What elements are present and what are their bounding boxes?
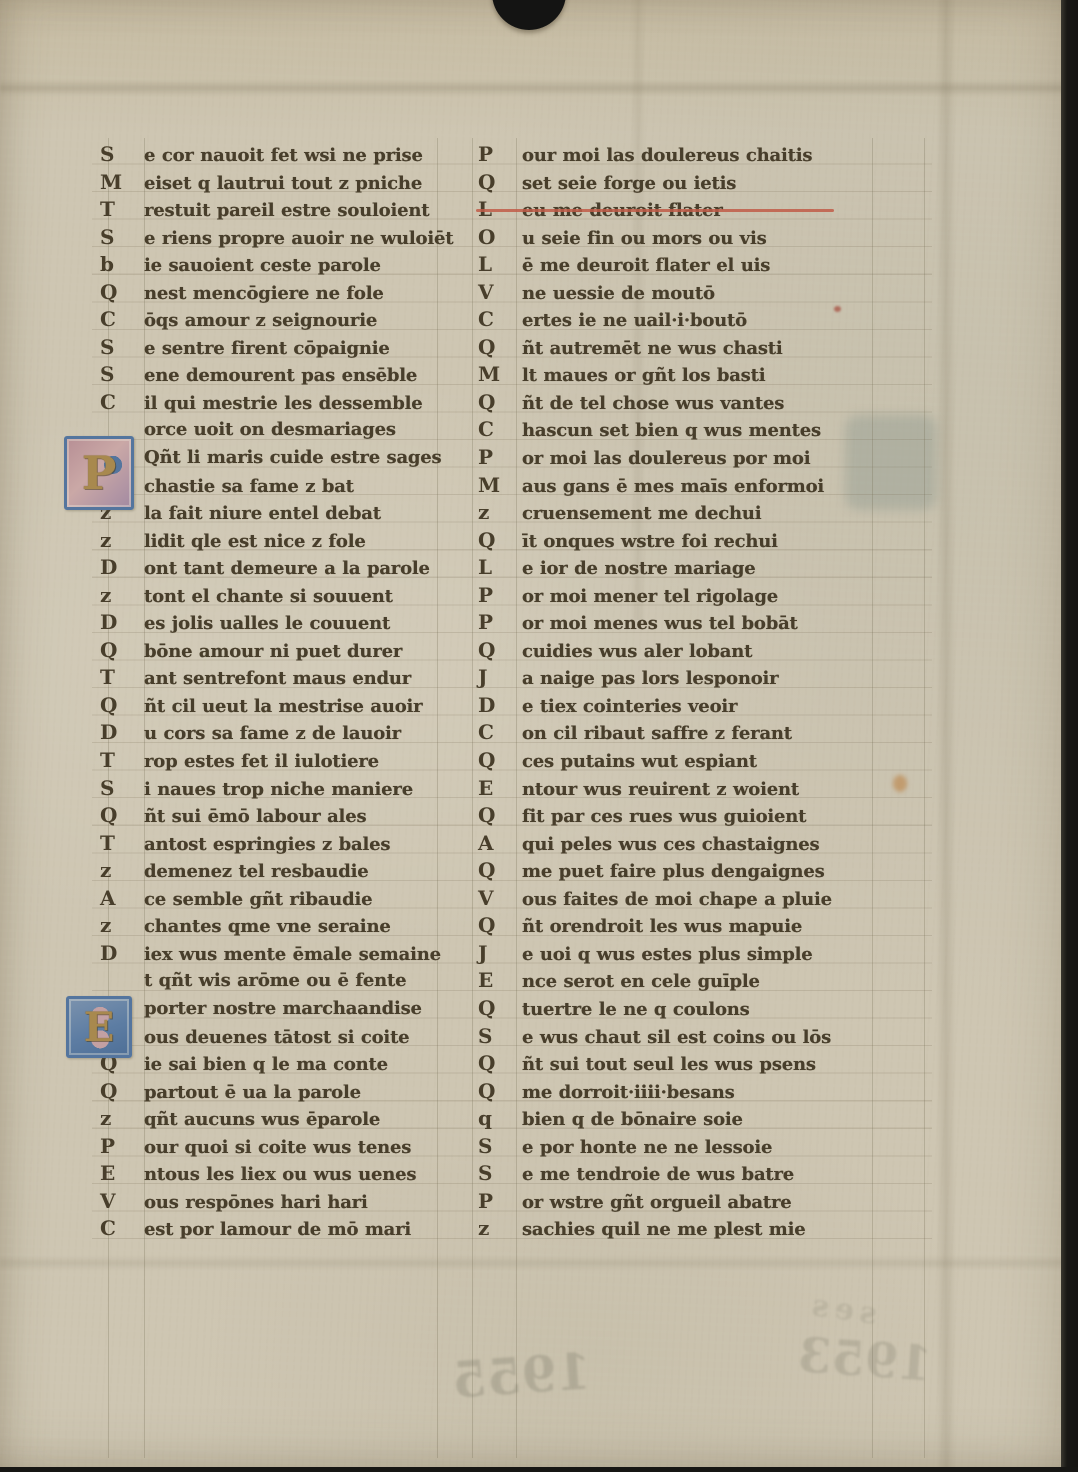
verse-line: zchantes qme vne seraine [96, 912, 453, 940]
verse-initial: Q [474, 995, 522, 1022]
verse-text: ie sai bien q le ma conte [144, 1054, 388, 1075]
vertical-ruling-line [872, 138, 873, 1458]
verse-initial: Q [474, 802, 522, 829]
horizontal-crease [0, 1256, 1078, 1270]
verse-text: chastie sa fame z bat [144, 476, 354, 497]
verse-initial: M [96, 169, 144, 196]
verse-line: Qñt autremēt ne wus chasti [474, 334, 832, 362]
verse-text: me dorroit·iiii·besans [522, 1082, 735, 1103]
verse-line: Si naues trop niche maniere [96, 775, 453, 803]
verse-line: Trestuit pareil estre souloient [96, 196, 453, 224]
verse-initial: q [474, 1105, 522, 1132]
verse-initial: P [474, 1188, 522, 1215]
verse-text: eu me deuroit flater [522, 200, 723, 221]
verse-line: Por moi mener tel rigolage [474, 582, 832, 610]
verse-text: ñt sui tout seul les wus psens [522, 1054, 816, 1075]
verse-text: nest mencōgiere ne fole [144, 283, 384, 304]
verse-initial: O [474, 224, 522, 251]
verse-text: ce semble gñt ribaudie [144, 889, 372, 910]
verse-initial: S [96, 334, 144, 361]
verse-initial: C [96, 306, 144, 333]
verse-text: or wstre gñt orgueil abatre [522, 1192, 791, 1213]
verse-text: tuertre le ne q coulons [522, 999, 750, 1020]
verse-line: Qñt sui ēmō labour ales [96, 802, 453, 830]
verse-line: zcruensement me dechui [474, 499, 832, 527]
verse-text: ñt orendroit les wus mapuie [522, 916, 802, 937]
ghost-scribble: ses [804, 1287, 879, 1332]
verse-initial: C [474, 416, 522, 443]
verse-line: Vous deuenes tātost si coite [96, 1023, 453, 1051]
verse-initial: Q [474, 389, 522, 416]
verse-line: zla fait niure entel debat [96, 499, 453, 527]
verse-initial: D [474, 692, 522, 719]
verse-initial: S [474, 1133, 522, 1160]
verse-initial: C [96, 389, 144, 416]
verse-line: Qñt orendroit les wus mapuie [474, 912, 832, 940]
verse-line: Qme dorroit·iiii·besans [474, 1078, 832, 1106]
verse-initial: Q [474, 747, 522, 774]
verse-text: cruensement me dechui [522, 503, 761, 524]
verse-text: ces putains wut espiant [522, 751, 757, 772]
verse-line: Tant sentrefont maus endur [96, 664, 453, 692]
ghost-number: 1953 [796, 1327, 933, 1392]
verse-column-left: Se cor nauoit fet wsi ne prise Meiset q … [96, 141, 453, 1243]
verse-initial: L [474, 196, 522, 223]
verse-text: īt onques wstre foi rechui [522, 531, 778, 552]
verse-text: qñt aucuns wus ēparole [144, 1109, 380, 1130]
verse-text: e por honte ne ne lessoie [522, 1137, 772, 1158]
verse-line: Trop estes fet il iulotiere [96, 747, 453, 775]
verse-initial: Q [474, 1078, 522, 1105]
verse-text: sachies quil ne me plest mie [522, 1219, 806, 1240]
verse-line: Ja naige pas lors lesponoir [474, 664, 832, 692]
verse-text: ñt de tel chose wus vantes [522, 393, 784, 414]
verse-initial: S [96, 141, 144, 168]
verse-text: i naues trop niche maniere [144, 779, 413, 800]
verse-line: Certes ie ne uail·i·boutō [474, 306, 832, 334]
verse-line: Entour wus reuirent z woient [474, 775, 832, 803]
verse-line: Se me tendroie de wus batre [474, 1160, 832, 1188]
verse-initial: T [96, 747, 144, 774]
verse-initial: M [474, 472, 522, 499]
verse-text: ont tant demeure a la parole [144, 558, 430, 579]
verse-text: or moi mener tel rigolage [522, 586, 778, 607]
verse-initial: A [96, 885, 144, 912]
verse-line: zlidit qle est nice z fole [96, 527, 453, 555]
verse-initial: z [96, 582, 144, 609]
verse-initial: D [96, 609, 144, 636]
verse-text: ñt sui ēmō labour ales [144, 806, 366, 827]
verse-initial: z [96, 912, 144, 939]
verse-text: ñt cil ueut la mestrise auoir [144, 696, 422, 717]
verse-initial: E [474, 775, 522, 802]
verse-text: me puet faire plus dengaignes [522, 861, 825, 882]
verse-initial: P [474, 582, 522, 609]
verse-line: Vne uessie de moutō [474, 279, 832, 307]
verse-text: qui peles wus ces chastaignes [522, 834, 819, 855]
verse-text: eiset q lautrui tout z pniche [144, 173, 422, 194]
verse-initial: Q [96, 637, 144, 664]
verse-initial: L [474, 554, 522, 581]
verse-text: ntous les liex ou wus uenes [144, 1164, 416, 1185]
verse-text: ōqs amour z seignourie [144, 310, 377, 331]
verse-text: porter nostre marchaandise [144, 998, 422, 1019]
verse-initial: z [96, 527, 144, 554]
verse-line: Qcuidies wus aler lobant [474, 637, 832, 665]
verse-initial: P [96, 1133, 144, 1160]
verse-line: zdemenez tel resbaudie [96, 857, 453, 885]
verse-line: Sene demourent pas ensēble [96, 361, 453, 389]
verse-initial: C [474, 306, 522, 333]
verse-initial: Q [474, 169, 522, 196]
verse-line: Qnest mencōgiere ne fole [96, 279, 453, 307]
verse-line: Entous les liex ou wus uenes [96, 1160, 453, 1188]
verse-line: Se cor nauoit fet wsi ne prise [96, 141, 453, 169]
verse-text: e tiex cointeries veoir [522, 696, 737, 717]
decorated-initial-e: E [66, 996, 132, 1058]
verse-text: rop estes fet il iulotiere [144, 751, 379, 772]
verse-initial: P [474, 444, 522, 471]
verse-text: set seie forge ou ietis [522, 173, 736, 194]
verse-line: Je uoi q wus estes plus simple [474, 940, 832, 968]
verse-initial: Q [474, 912, 522, 939]
verse-initial: S [474, 1023, 522, 1050]
verse-initial: Q [96, 802, 144, 829]
verse-initial: T [96, 664, 144, 691]
verse-initial: S [96, 361, 144, 388]
verse-initial: z [474, 1215, 522, 1242]
verse-initial: M [474, 361, 522, 388]
verse-line: Cest por lamour de mō mari [96, 1215, 453, 1243]
verse-initial: D [96, 719, 144, 746]
verse-initial: S [96, 224, 144, 251]
verse-line: Se riens propre auoir ne wuloiēt [96, 224, 453, 252]
verse-text: a naige pas lors lesponoir [522, 668, 778, 689]
verse-line: Cil qui mestrie les dessemble [96, 389, 453, 417]
verse-initial: A [474, 830, 522, 857]
manuscript-page: Se cor nauoit fet wsi ne prise Meiset q … [0, 0, 1078, 1472]
verse-initial: V [474, 279, 522, 306]
verse-initial: Q [474, 857, 522, 884]
vertical-crease [936, 0, 956, 1472]
verse-line: Mlt maues or gñt los basti [474, 361, 832, 389]
verse-initial: S [474, 1160, 522, 1187]
verse-text: lidit qle est nice z fole [144, 531, 366, 552]
verse-text: e me tendroie de wus batre [522, 1164, 794, 1185]
page-edge-right [1061, 0, 1078, 1472]
verse-line: Qñt li maris cuide estre sages [96, 444, 453, 472]
verse-line: Se wus chaut sil est coins ou lōs [474, 1023, 832, 1051]
verse-text: partout ē ua la parole [144, 1082, 361, 1103]
red-speck [834, 306, 841, 312]
verse-text: our moi las doulereus chaitis [522, 145, 812, 166]
verse-initial: J [474, 664, 522, 691]
verse-text: hascun set bien q wus mentes [522, 420, 821, 441]
verse-line: Qñt cil ueut la mestrise auoir [96, 692, 453, 720]
verse-line: Pour quoi si coite wus tenes [96, 1133, 453, 1161]
verse-initial: z [474, 499, 522, 526]
verse-line: Qīt onques wstre foi rechui [474, 527, 832, 555]
verse-line: Qtuertre le ne q coulons [474, 995, 832, 1023]
verse-line: Chascun set bien q wus mentes [474, 416, 832, 444]
horizontal-crease [0, 80, 1078, 96]
verse-text: iex wus mente ēmale semaine [144, 944, 441, 965]
verse-text: es jolis ualles le couuent [144, 613, 390, 634]
verse-initial: V [474, 885, 522, 912]
decorated-initial-p: P [64, 436, 134, 510]
verse-line: Qñt sui tout seul les wus psens [474, 1050, 832, 1078]
verse-text: ous respōnes hari hari [144, 1192, 368, 1213]
verse-line: Vous respōnes hari hari [96, 1188, 453, 1216]
verse-column-right: Pour moi las doulereus chaitis Qset seie… [474, 141, 832, 1243]
verse-initial: V [96, 1188, 144, 1215]
verse-line: Dont tant demeure a la parole [96, 554, 453, 582]
verse-text: il qui mestrie les dessemble [144, 393, 422, 414]
verse-line: Des jolis ualles le couuent [96, 609, 453, 637]
verse-line: Qme puet faire plus dengaignes [474, 857, 832, 885]
verse-line: Diex wus mente ēmale semaine [96, 940, 453, 968]
verse-text: our quoi si coite wus tenes [144, 1137, 411, 1158]
verse-line: Tantost espringies z bales [96, 830, 453, 858]
verse-line: Qset seie forge ou ietis [474, 169, 832, 197]
verse-text: ertes ie ne uail·i·boutō [522, 310, 747, 331]
verse-initial: Q [96, 1078, 144, 1105]
verse-initial: Q [474, 334, 522, 361]
verse-initial: S [96, 775, 144, 802]
verse-text: e riens propre auoir ne wuloiēt [144, 228, 453, 249]
verse-initial: Q [474, 637, 522, 664]
verse-line: Por wstre gñt orgueil abatre [474, 1188, 832, 1216]
verse-line: zqñt aucuns wus ēparole [96, 1105, 453, 1133]
verse-initial: C [96, 1215, 144, 1242]
verse-text: e wus chaut sil est coins ou lōs [522, 1027, 831, 1048]
verse-initial: D [96, 554, 144, 581]
verse-line: Du cors sa fame z de lauoir [96, 719, 453, 747]
verse-line: Le ior de nostre mariage [474, 554, 832, 582]
verse-line: Maus gans ē mes maīs enformoi [474, 472, 832, 500]
verse-initial: C [474, 719, 522, 746]
verse-text: orce uoit on desmariages [144, 419, 396, 440]
verse-line: Por moi menes wus tel bobāt [474, 609, 832, 637]
verse-text: nce serot en cele guīple [522, 971, 760, 992]
verse-text: ne uessie de moutō [522, 283, 715, 304]
verse-line: Qñt de tel chose wus vantes [474, 389, 832, 417]
verse-text: ous faites de moi chape a pluie [522, 889, 832, 910]
verse-line: zsachies quil ne me plest mie [474, 1215, 832, 1243]
vertical-ruling-line [472, 138, 473, 1458]
verse-line: t qñt wis arōme ou ē fente [96, 967, 453, 995]
verse-text: ie sauoient ceste parole [144, 255, 381, 276]
orange-stain [893, 775, 907, 792]
verse-text: est por lamour de mō mari [144, 1219, 411, 1240]
verse-text: chantes qme vne seraine [144, 916, 391, 937]
verse-line: Qfit par ces rues wus guioient [474, 802, 832, 830]
verse-line: Meiset q lautrui tout z pniche [96, 169, 453, 197]
verse-text: e uoi q wus estes plus simple [522, 944, 813, 965]
verse-line: porter nostre marchaandise [96, 995, 453, 1023]
verse-initial: Q [474, 1050, 522, 1077]
verse-text: on cil ribaut saffre z ferant [522, 723, 792, 744]
verse-line: bie sauoient ceste parole [96, 251, 453, 279]
verse-text: ē me deuroit flater el uis [522, 255, 770, 276]
verse-initial: Q [474, 527, 522, 554]
verse-text: restuit pareil estre souloient [144, 200, 429, 221]
verse-initial: b [96, 251, 144, 278]
verse-text: cuidies wus aler lobant [522, 641, 752, 662]
verse-text: or moi las doulereus por moi [522, 448, 810, 469]
verse-initial: z [96, 857, 144, 884]
verse-text: t qñt wis arōme ou ē fente [144, 970, 406, 991]
verse-text: demenez tel resbaudie [144, 861, 369, 882]
initial-letter: P [82, 446, 117, 500]
verse-line: qbien q de bōnaire soie [474, 1105, 832, 1133]
verse-initial: L [474, 251, 522, 278]
verse-text: fit par ces rues wus guioient [522, 806, 806, 827]
initial-letter: E [84, 1004, 115, 1051]
verse-line: Con cil ribaut saffre z ferant [474, 719, 832, 747]
verse-initial: P [474, 609, 522, 636]
verse-text: ous deuenes tātost si coite [144, 1027, 409, 1048]
verse-text: e ior de nostre mariage [522, 558, 756, 579]
page-edge-bottom [0, 1467, 1078, 1472]
verse-line: zchastie sa fame z bat [96, 472, 453, 500]
verse-text: ant sentrefont maus endur [144, 668, 411, 689]
verse-text: lt maues or gñt los basti [522, 365, 765, 386]
verse-text: e sentre firent cōpaignie [144, 338, 390, 359]
verse-initial: D [96, 940, 144, 967]
verse-line: Lē me deuroit flater el uis [474, 251, 832, 279]
verse-initial: Q [96, 692, 144, 719]
verse-line: Qces putains wut espiant [474, 747, 832, 775]
verse-line: Se sentre firent cōpaignie [96, 334, 453, 362]
verse-text: la fait niure entel debat [144, 503, 381, 524]
verse-initial: J [474, 940, 522, 967]
verse-initial: z [96, 1105, 144, 1132]
verse-text: aus gans ē mes maīs enformoi [522, 476, 824, 497]
verse-line: Qpartout ē ua la parole [96, 1078, 453, 1106]
verse-text: antost espringies z bales [144, 834, 390, 855]
vertical-ruling-line [924, 138, 925, 1458]
verse-initial: E [96, 1160, 144, 1187]
verse-text: Qñt li maris cuide estre sages [144, 447, 441, 468]
verse-line: Qie sai bien q le ma conte [96, 1050, 453, 1078]
verse-initial: P [474, 141, 522, 168]
hole-punch [492, 0, 566, 30]
verse-line: Ou seie fin ou mors ou vis [474, 224, 832, 252]
verse-text: u seie fin ou mors ou vis [522, 228, 767, 249]
verse-text: ntour wus reuirent z woient [522, 779, 799, 800]
verse-line: orce uoit on desmariages [96, 416, 453, 444]
verse-text: ñt autremēt ne wus chasti [522, 338, 783, 359]
verse-text: tont el chante si souuent [144, 586, 393, 607]
verse-text: bōne amour ni puet durer [144, 641, 402, 662]
verse-initial: T [96, 830, 144, 857]
verse-line: Ace semble gñt ribaudie [96, 885, 453, 913]
verse-line: Ence serot en cele guīple [474, 967, 832, 995]
verse-line: Por moi las doulereus por moi [474, 444, 832, 472]
verse-line: Qbōne amour ni puet durer [96, 637, 453, 665]
verse-line: Pour moi las doulereus chaitis [474, 141, 832, 169]
verse-line: De tiex cointeries veoir [474, 692, 832, 720]
verse-initial: E [474, 967, 522, 994]
verse-line: Vous faites de moi chape a pluie [474, 885, 832, 913]
verse-line: Cōqs amour z seignourie [96, 306, 453, 334]
verse-line: ztont el chante si souuent [96, 582, 453, 610]
verse-initial: T [96, 196, 144, 223]
verse-text: u cors sa fame z de lauoir [144, 723, 401, 744]
verse-line: Leu me deuroit flater [474, 196, 832, 224]
verse-text: ene demourent pas ensēble [144, 365, 417, 386]
verse-line: Aqui peles wus ces chastaignes [474, 830, 832, 858]
verse-line: Se por honte ne ne lessoie [474, 1133, 832, 1161]
verse-initial: Q [96, 279, 144, 306]
verse-text: bien q de bōnaire soie [522, 1109, 743, 1130]
verse-text: e cor nauoit fet wsi ne prise [144, 145, 423, 166]
verse-text: or moi menes wus tel bobāt [522, 613, 798, 634]
